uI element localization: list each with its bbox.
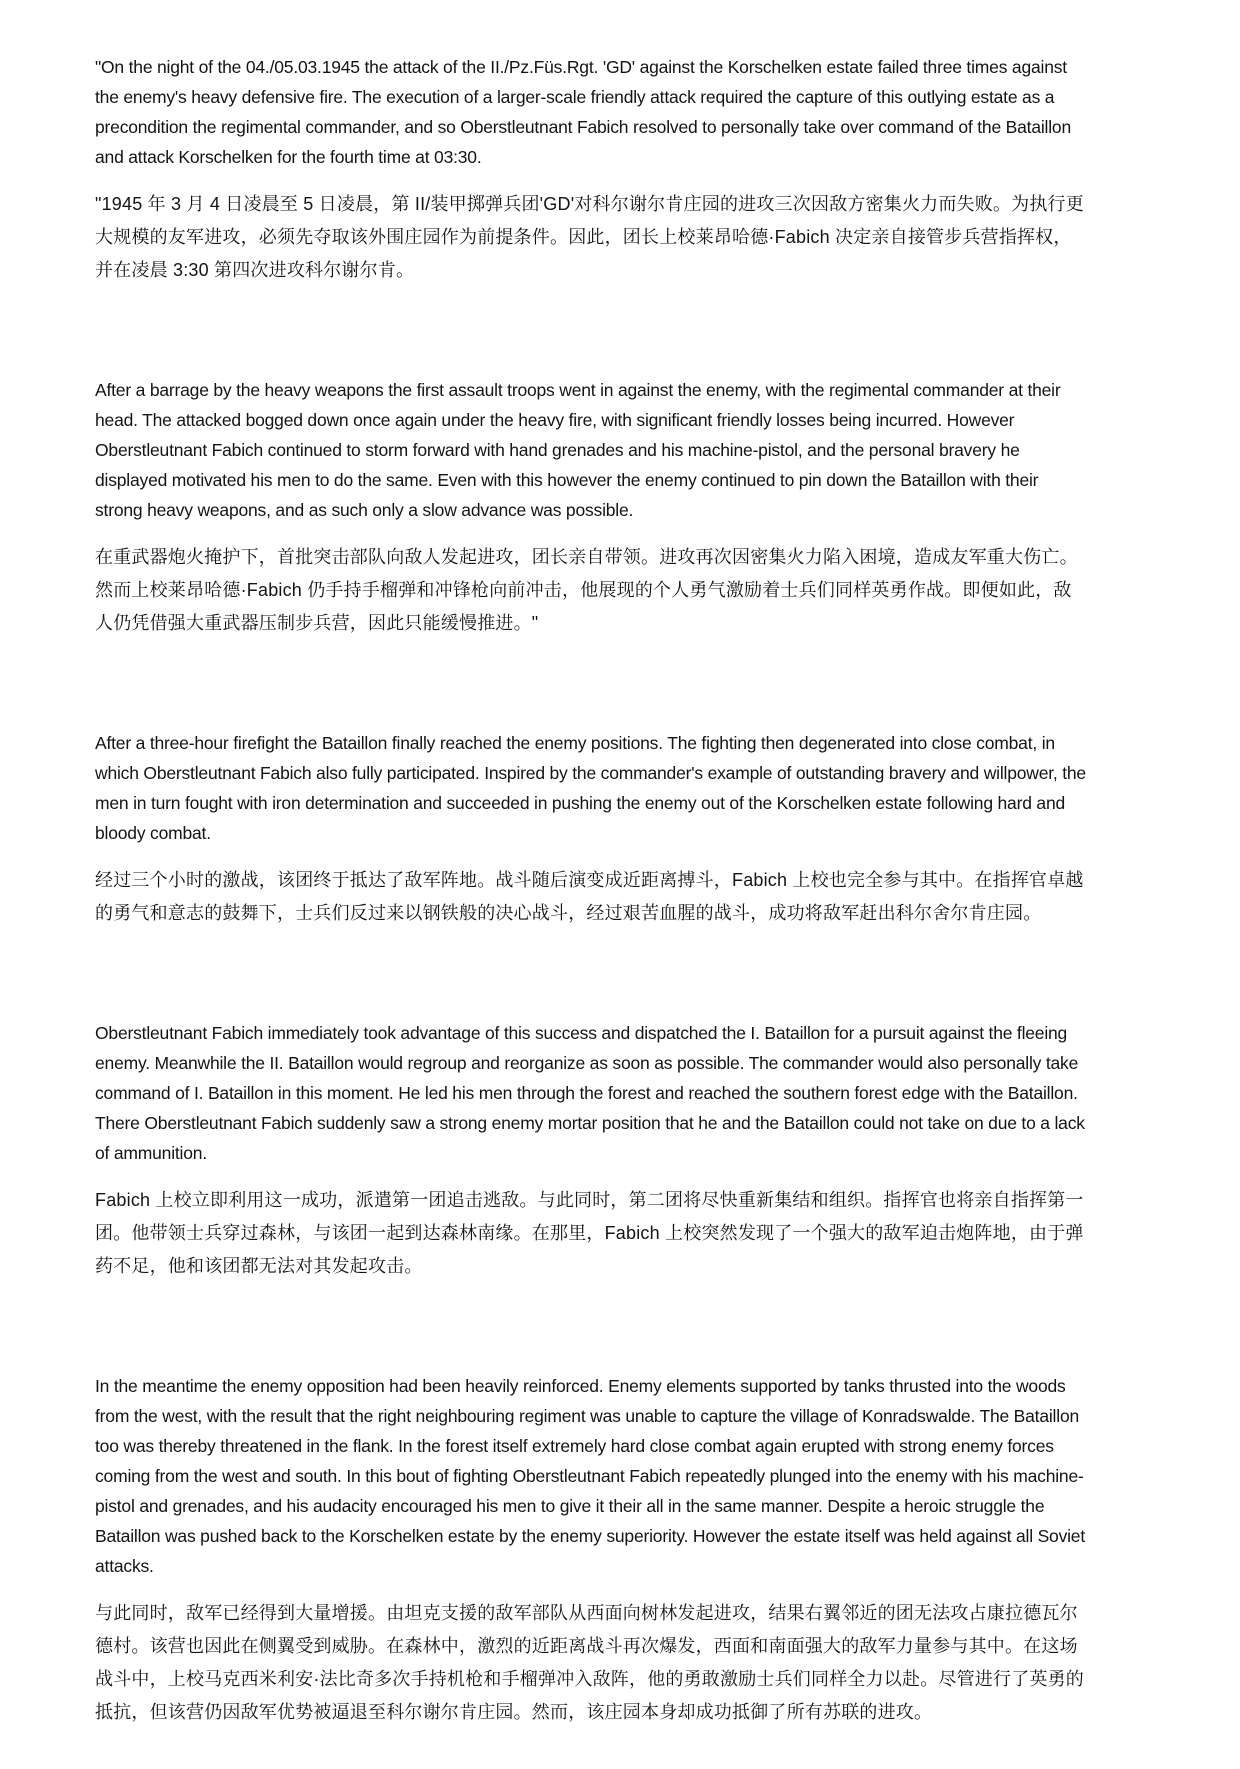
paragraph-zh-barrage-assault: 在重武器炮火掩护下，首批突击部队向敌人发起进攻，团长亲自带领。进攻再次因密集火力…	[95, 541, 1088, 640]
paragraph-pair-1: "On the night of the 04./05.03.1945 the …	[95, 52, 1088, 287]
paragraph-pair-5: In the meantime the enemy opposition had…	[95, 1371, 1088, 1729]
paragraph-en-firefight-close-combat: After a three-hour firefight the Bataill…	[95, 728, 1088, 848]
paragraph-en-night-attack: "On the night of the 04./05.03.1945 the …	[95, 52, 1088, 172]
paragraph-pair-3: After a three-hour firefight the Bataill…	[95, 728, 1088, 930]
paragraph-zh-pursuit-mortar-position: Fabich 上校立即利用这一成功，派遣第一团追击逃敌。与此同时，第二团将尽快重…	[95, 1184, 1088, 1283]
paragraph-en-pursuit-mortar-position: Oberstleutnant Fabich immediately took a…	[95, 1018, 1088, 1168]
paragraph-zh-night-attack: "1945 年 3 月 4 日凌晨至 5 日凌晨，第 II/装甲掷弹兵团'GD'…	[95, 188, 1088, 287]
paragraph-zh-enemy-reinforced: 与此同时，敌军已经得到大量增援。由坦克支援的敌军部队从西面向树林发起进攻，结果右…	[95, 1597, 1088, 1729]
paragraph-en-barrage-assault: After a barrage by the heavy weapons the…	[95, 375, 1088, 525]
paragraph-en-enemy-reinforced: In the meantime the enemy opposition had…	[95, 1371, 1088, 1581]
paragraph-zh-firefight-close-combat: 经过三个小时的激战，该团终于抵达了敌军阵地。战斗随后演变成近距离搏斗，Fabic…	[95, 864, 1088, 930]
paragraph-pair-2: After a barrage by the heavy weapons the…	[95, 375, 1088, 640]
document-page: "On the night of the 04./05.03.1945 the …	[0, 0, 1240, 1769]
paragraph-pair-4: Oberstleutnant Fabich immediately took a…	[95, 1018, 1088, 1283]
